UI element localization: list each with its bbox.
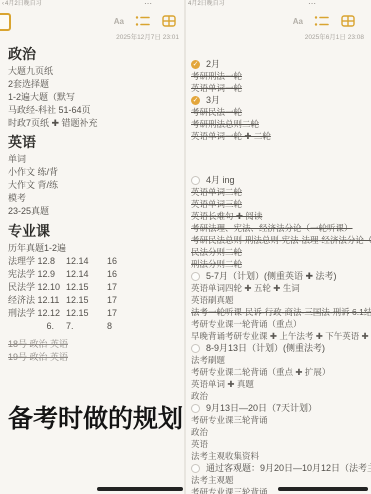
table-row: 经济法 12.1112.1517 <box>8 294 184 307</box>
table-icon[interactable] <box>162 15 176 27</box>
checklist-month-row: 5-7月（计划）(侧重英语 ✚ 法考) <box>191 270 371 282</box>
nav-bar: 4月2日晚自习 ⋯ <box>186 0 371 9</box>
toolbar: Aa <box>0 9 184 33</box>
politics-lines: 大题九页纸2套选择题1-2遍大题（默写马政经-科社 51-64页时政7页纸 ✚ … <box>8 65 184 130</box>
section-heading-major: 专业课 <box>8 222 184 240</box>
month-label: 8-9月13日（计划）(侧重法考) <box>206 342 325 354</box>
checklist-task: 民法分则二轮 <box>191 246 371 258</box>
crossed-notes: 18号 政治 英语19号 政治 英语 <box>8 338 184 364</box>
checklist-task: 英语单词 ✚ 真题 <box>191 378 371 390</box>
table-cell: 17 <box>104 281 184 294</box>
table-cell: 17 <box>104 294 184 307</box>
checklist-icon[interactable] <box>135 15 151 27</box>
section-heading-politics: 政治 <box>8 45 184 63</box>
checklist-task: 英语刷真题 <box>191 294 371 306</box>
table-cell: 经济法 12.11 <box>8 294 64 307</box>
table-row: 法理学 12.812.1416 <box>8 255 184 268</box>
table-cell: 16 <box>104 268 184 281</box>
note-line: 小作文 练/背 <box>8 166 184 179</box>
note-line: 模考 <box>8 192 184 205</box>
table-cell: 刑法学 12.12 <box>8 307 64 320</box>
checklist-task: 政治 <box>191 426 371 438</box>
notes-collage: ‹4月2日晚自习 ⋯ Aa 2025年12月7日 23:01 政治 大题九页纸2… <box>0 0 371 494</box>
checklist-month-row: ✓3月 <box>191 94 371 106</box>
table-cell: 16 <box>104 255 184 268</box>
checklist-icon[interactable] <box>314 15 330 27</box>
checkbox-unchecked-icon[interactable] <box>191 272 200 281</box>
spacer <box>191 142 371 174</box>
caption-title: 备考时做的规划 <box>8 402 184 436</box>
note-line: 历年真题1-2遍 <box>8 242 184 255</box>
checkbox-unchecked-icon[interactable] <box>191 176 200 185</box>
checklist-task: 法考主观收集资料 <box>191 450 371 462</box>
yellow-square-icon <box>0 13 11 31</box>
note-line: 大作文 背/练 <box>8 179 184 192</box>
note-line: 1-2遍大题（默写 <box>8 91 184 104</box>
table-cell: 法理学 12.8 <box>8 255 64 268</box>
month-label: 4月 ing <box>206 174 235 186</box>
note-screenshot-right: 4月2日晚自习 ⋯ Aa 2025年6月1日 23:08 ✓2月考研刑法一轮英语… <box>186 0 371 494</box>
format-icon[interactable]: Aa <box>114 17 124 26</box>
schedule-table: 法理学 12.812.1416宪法学 12.912.1416民法学 12.101… <box>8 255 184 333</box>
checklist-task: 英语单词三轮 <box>191 198 371 210</box>
checklist-task: 英语单词一轮 ✚ 二轮 <box>191 130 371 142</box>
more-icon[interactable]: ⋯ <box>308 0 317 8</box>
checkbox-checked-icon[interactable]: ✓ <box>191 60 200 69</box>
table-cell: 6. <box>8 320 64 333</box>
note-date: 2025年6月1日 23:08 <box>186 33 371 45</box>
checklist-task: 英语长难句 ✚ 阅读 <box>191 210 371 222</box>
month-label: 通过客观题：9月20日—10月12日（法考主观题） <box>206 462 371 474</box>
checklist-task: 考研法理、宪法、经济法分论（一轮听课） <box>191 222 371 234</box>
checklist-month-row: 8-9月13日（计划）(侧重法考) <box>191 342 371 354</box>
month-label: 2月 <box>206 58 220 70</box>
note-line: 18号 政治 英语 <box>8 338 184 351</box>
note-line: 大题九页纸 <box>8 65 184 78</box>
note-line: 时政7页纸 ✚ 错题补充 <box>8 117 184 130</box>
note-body: 政治 大题九页纸2套选择题1-2遍大题（默写马政经-科社 51-64页时政7页纸… <box>0 45 184 436</box>
more-icon[interactable]: ⋯ <box>144 0 153 8</box>
section-heading-english: 英语 <box>8 133 184 151</box>
checkbox-unchecked-icon[interactable] <box>191 344 200 353</box>
month-label: 3月 <box>206 94 220 106</box>
table-cell: 12.14 <box>64 255 104 268</box>
table-cell: 8 <box>104 320 184 333</box>
checklist-task: 英语单词二轮 <box>191 186 371 198</box>
checkbox-unchecked-icon[interactable] <box>191 464 200 473</box>
table-cell: 12.15 <box>64 294 104 307</box>
nav-title: 4月2日晚自习 <box>5 1 42 7</box>
checklist-month-row: 4月 ing <box>191 174 371 186</box>
table-cell: 12.15 <box>64 281 104 294</box>
checklist-task: 考研民法总则-刑法总则-宪法-法理-经济法分论（整理笔记） <box>191 234 371 246</box>
checklist-task: 英语单词四轮 ✚ 五轮 ✚ 生词 <box>191 282 371 294</box>
table-row: 民法学 12.1012.1517 <box>8 281 184 294</box>
checklist-month-row: 9月13日—20日（7天计划） <box>191 402 371 414</box>
table-cell: 12.15 <box>64 307 104 320</box>
table-cell: 17 <box>104 307 184 320</box>
checklist-month-row: ✓2月 <box>191 58 371 70</box>
note-line: 单词 <box>8 153 184 166</box>
note-line: 马政经-科社 51-64页 <box>8 104 184 117</box>
checklist-task: 刑法分则二轮 <box>191 258 371 270</box>
note-line: 2套选择题 <box>8 78 184 91</box>
home-indicator <box>278 487 368 491</box>
nav-bar: ‹4月2日晚自习 ⋯ <box>0 0 184 9</box>
note-line: 23-25真题 <box>8 205 184 218</box>
checklist-task: 考研刑法总则二轮 <box>191 118 371 130</box>
checklist-task: 法考主观题 <box>191 474 371 486</box>
english-lines: 单词小作文 练/背大作文 背/练模考23-25真题 <box>8 153 184 218</box>
checklist-task: 英语 <box>191 438 371 450</box>
checklist-task: 英语单词一轮 <box>191 82 371 94</box>
table-row: 6.7.8 <box>8 320 184 333</box>
major-lines: 历年真题1-2遍 <box>8 242 184 255</box>
nav-title: 4月2日晚自习 <box>188 0 225 9</box>
note-date: 2025年12月7日 23:01 <box>0 33 184 45</box>
checklist-month-row: 通过客观题：9月20日—10月12日（法考主观题） <box>191 462 371 474</box>
checkbox-checked-icon[interactable]: ✓ <box>191 96 200 105</box>
checklist-task: 考研专业课一轮背诵（重点） <box>191 318 371 330</box>
monthly-checklist: ✓2月考研刑法一轮英语单词一轮✓3月考研民法一轮考研刑法总则二轮英语单词一轮 ✚… <box>186 45 371 494</box>
checklist-task: 政治 <box>191 390 371 402</box>
format-icon[interactable]: Aa <box>293 17 303 26</box>
checklist-task: 法考刷题 <box>191 354 371 366</box>
month-label: 5-7月（计划）(侧重英语 ✚ 法考) <box>206 270 337 282</box>
checklist-task: 考研刑法一轮 <box>191 70 371 82</box>
table-cell: 7. <box>64 320 104 333</box>
checklist-task: 考研民法一轮 <box>191 106 371 118</box>
month-label: 9月13日—20日（7天计划） <box>206 402 317 414</box>
home-indicator <box>97 487 183 491</box>
note-line: 19号 政治 英语 <box>8 351 184 364</box>
checklist-task: 考研专业课三轮背诵 <box>191 414 371 426</box>
table-cell: 宪法学 12.9 <box>8 268 64 281</box>
back-chevron-icon: ‹ <box>2 1 4 7</box>
checklist-task: 早晚背诵考研专业课 ✚ 上午法考 ✚ 下午英语 ✚ 晚上法考 <box>191 330 371 342</box>
checklist-task: 考研专业课二轮背诵（重点 ✚ 扩展） <box>191 366 371 378</box>
table-row: 宪法学 12.912.1416 <box>8 268 184 281</box>
back-button[interactable]: ‹4月2日晚自习 <box>2 0 42 9</box>
checkbox-unchecked-icon[interactable] <box>191 404 200 413</box>
toolbar: Aa <box>186 9 371 33</box>
table-row: 刑法学 12.1212.1517 <box>8 307 184 320</box>
table-icon[interactable] <box>341 15 355 27</box>
table-cell: 民法学 12.10 <box>8 281 64 294</box>
note-screenshot-left: ‹4月2日晚自习 ⋯ Aa 2025年12月7日 23:01 政治 大题九页纸2… <box>0 0 184 494</box>
checklist-task: 法考一轮听课-民诉-行政-商法-三国法-刑诉 6.1结束 <box>191 306 371 318</box>
table-cell: 12.14 <box>64 268 104 281</box>
